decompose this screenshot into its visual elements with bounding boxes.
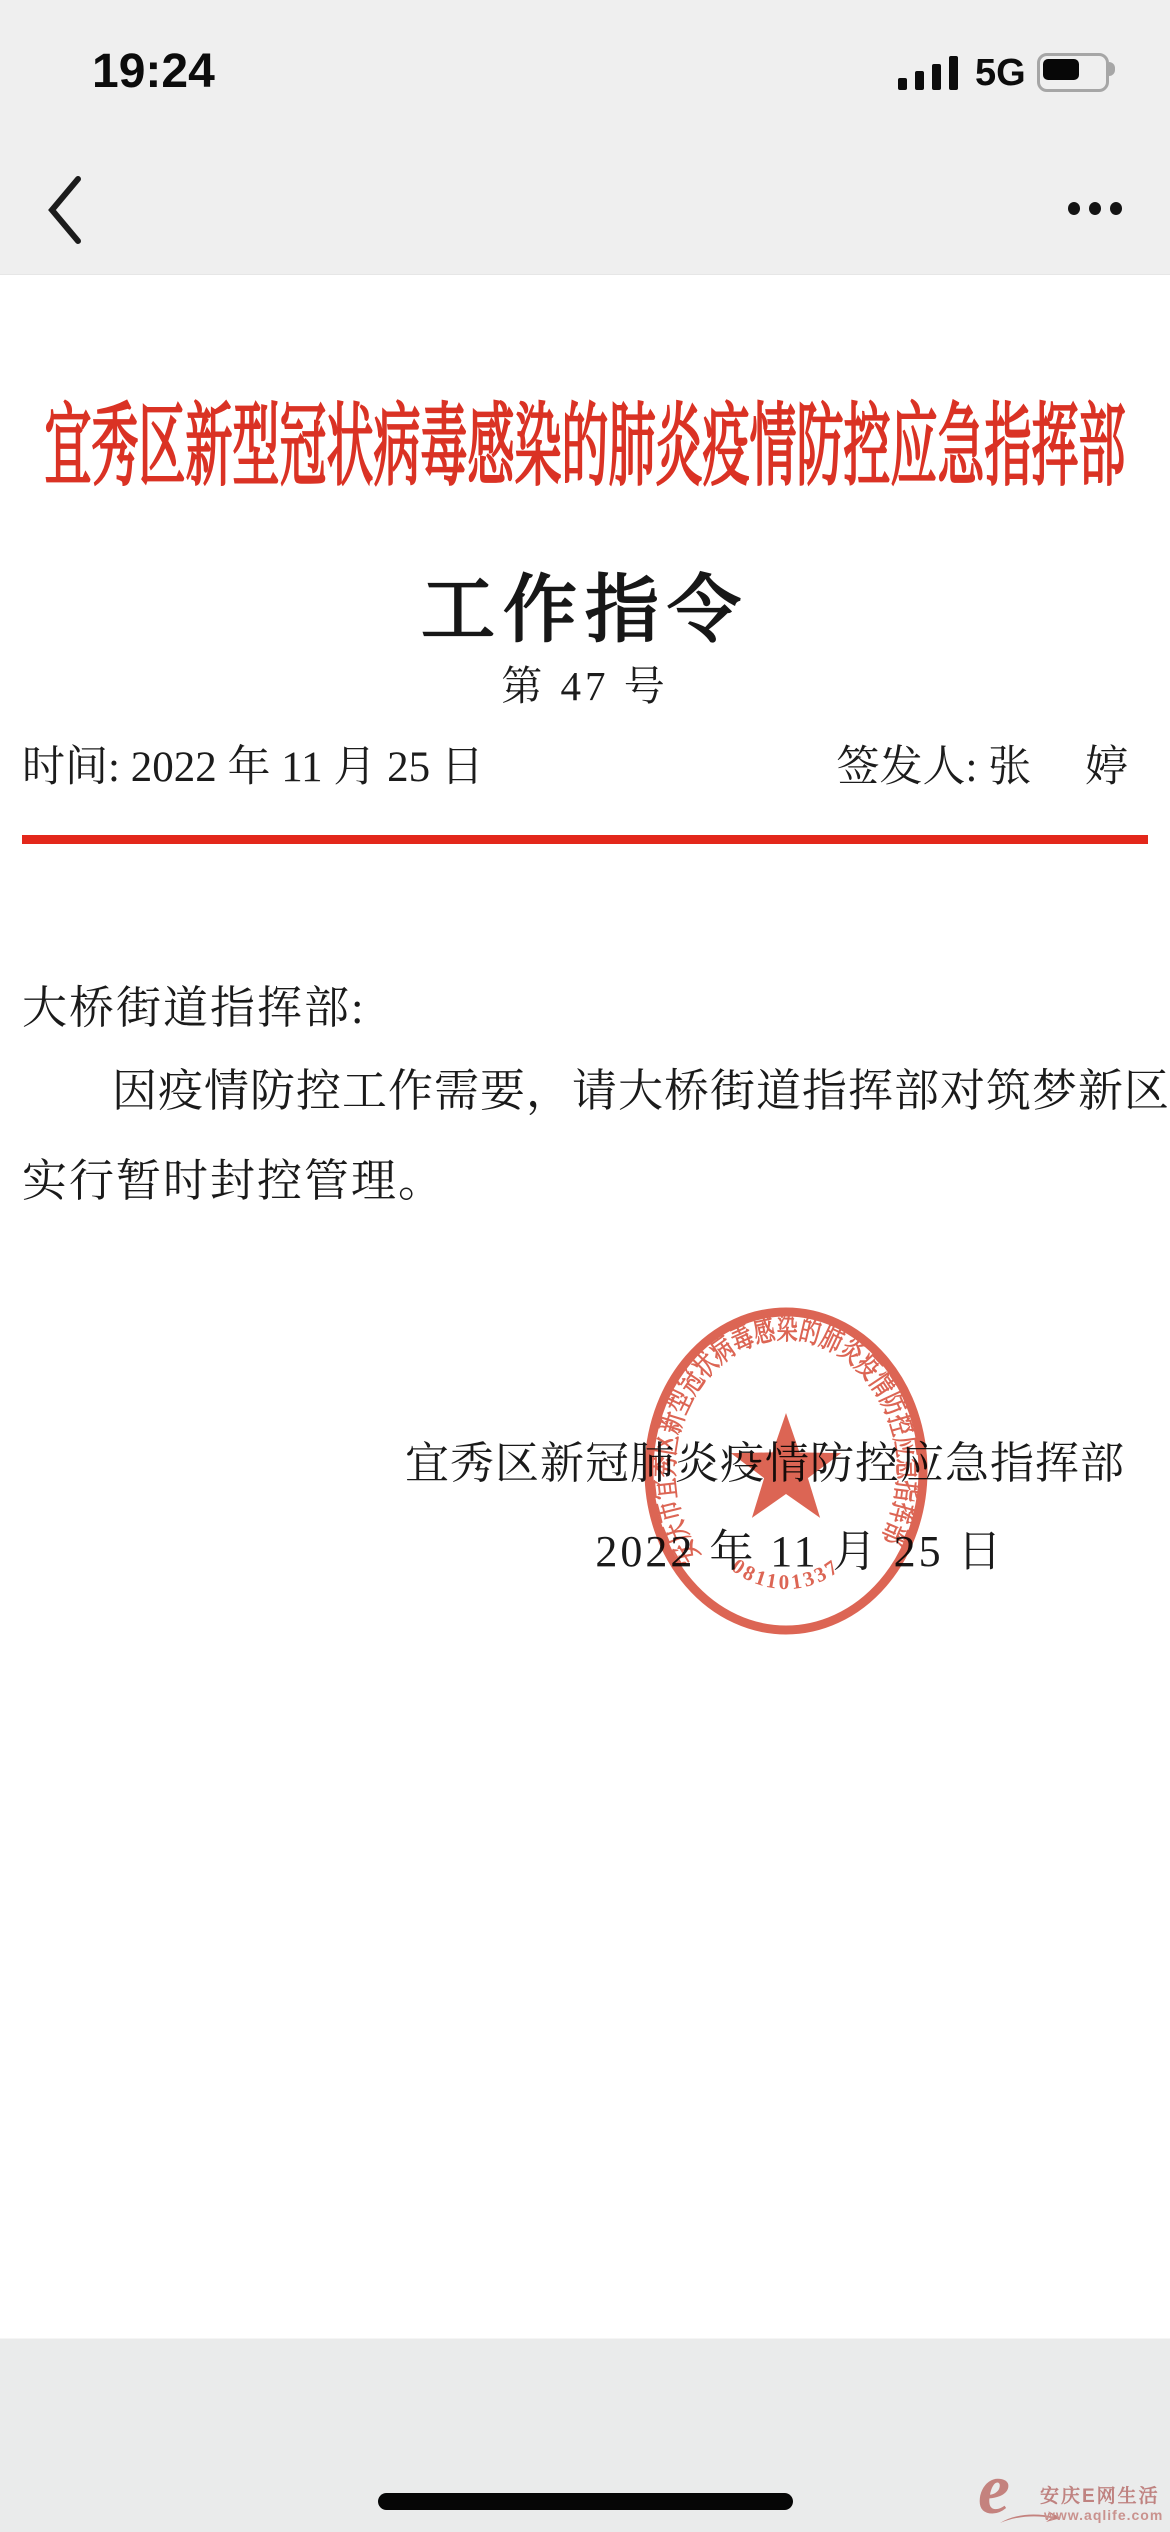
cellular-signal-icon [898, 56, 960, 90]
document-meta-row: 时间: 2022 年 11 月 25 日 签发人: 张 婷 [22, 733, 1128, 794]
site-watermark: e 安庆E网生活 www.aqlife.com [978, 2467, 1164, 2529]
bottom-chrome: e 安庆E网生活 www.aqlife.com [0, 2338, 1170, 2532]
document-title: 工作指令 [0, 551, 1170, 657]
signature-org: 宜秀区新冠肺炎疫情防控应急指挥部 [180, 1427, 1170, 1491]
signal-bar [915, 71, 924, 90]
document-org-header: 宜秀区新型冠状病毒感染的肺炎疫情防控应急指挥部 [0, 375, 1170, 504]
battery-icon [1037, 53, 1109, 92]
status-time: 19:24 [92, 44, 215, 99]
back-button[interactable] [30, 165, 100, 255]
signal-bar [898, 78, 907, 90]
battery-nub [1109, 62, 1115, 76]
document-issuer: 签发人: 张 婷 [837, 733, 1128, 794]
signature-date: 2022 年 11 月 25 日 [215, 1515, 1170, 1579]
document-date: 时间: 2022 年 11 月 25 日 [22, 733, 484, 794]
ellipsis-icon [1110, 202, 1122, 215]
salutation-line: 大桥街道指挥部: [22, 971, 366, 1036]
watermark-site-url: www.aqlife.com [1044, 2507, 1163, 2523]
body-text-line: 实行暂时封控管理。 [22, 1144, 445, 1209]
top-chrome: 19:24 5G [0, 0, 1170, 275]
home-indicator-handle[interactable] [378, 2493, 793, 2510]
ellipsis-icon [1068, 202, 1080, 215]
signal-bar [932, 64, 941, 90]
body-text-line: 因疫情防控工作需要，请大桥街道指挥部对筑梦新区， [112, 1054, 1170, 1119]
document-number: 第 47 号 [0, 653, 1170, 712]
more-options-button[interactable] [1050, 178, 1140, 238]
signal-bar [949, 56, 958, 90]
ellipsis-icon [1089, 202, 1101, 215]
network-type-label: 5G [975, 52, 1026, 95]
chevron-left-icon [52, 179, 78, 241]
battery-fill [1043, 59, 1079, 80]
red-divider-rule [22, 835, 1148, 844]
document-page: 宜秀区新型冠状病毒感染的肺炎疫情防控应急指挥部 工作指令 第 47 号 时间: … [0, 275, 1170, 2338]
watermark-site-name: 安庆E网生活 [1040, 2481, 1160, 2508]
phone-screen: 19:24 5G 宜秀区新型冠状病毒感染的肺炎疫情防控应急指挥部 工作指令 第 … [0, 0, 1170, 2532]
